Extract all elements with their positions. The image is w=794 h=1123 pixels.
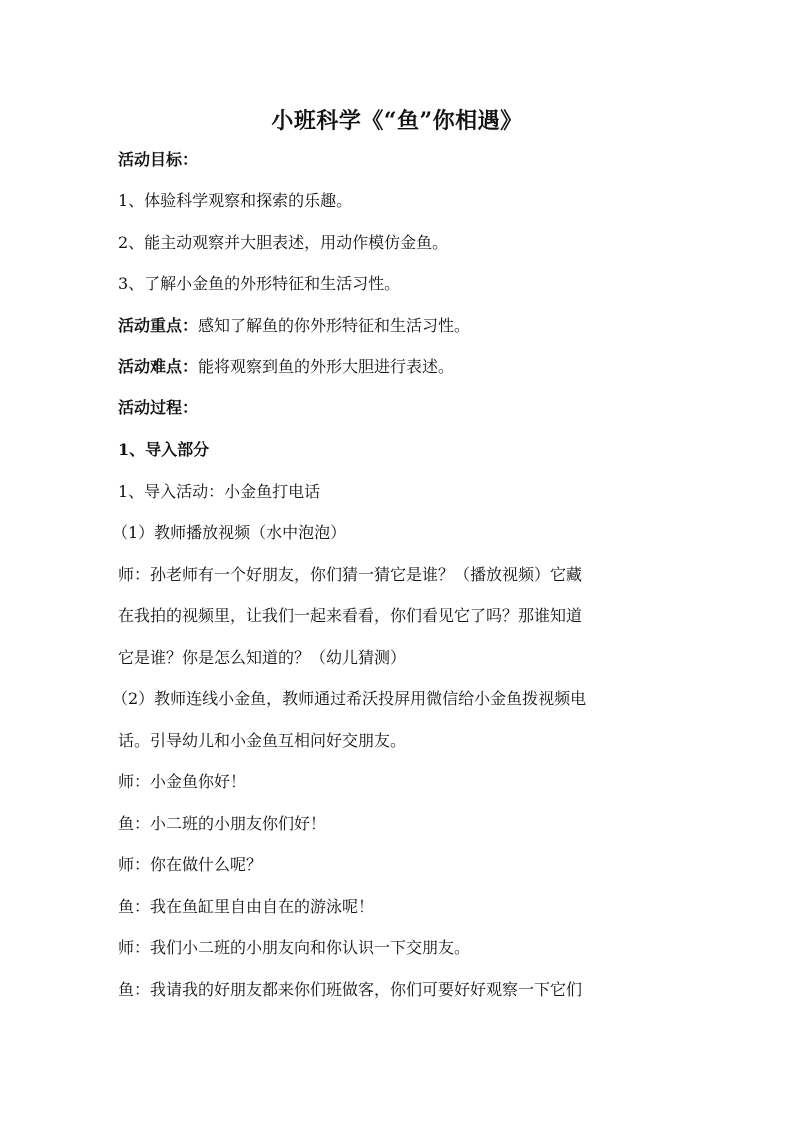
heading-process: 活动过程： bbox=[118, 398, 198, 418]
document-title: 小班科学《“鱼”你相遇》 bbox=[0, 104, 794, 135]
dialogue-line: 师：我们小二班的小朋友向和你认识一下交朋友。 bbox=[118, 938, 470, 958]
dialogue-line: 师：小金鱼你好！ bbox=[118, 772, 246, 792]
paragraph-line: 它是谁？你是怎么知道的？（幼儿猜测） bbox=[118, 648, 406, 668]
heading-label: 活动过程： bbox=[118, 398, 198, 417]
dialogue-line: 鱼：小二班的小朋友你们好！ bbox=[118, 814, 326, 834]
dialogue-line: 鱼：我在鱼缸里自由自在的游泳呢！ bbox=[118, 897, 374, 917]
heading-objectives: 活动目标： bbox=[118, 150, 198, 170]
heading-intro-section: 1、导入部分 bbox=[118, 440, 209, 460]
objective-2: 2、能主动观察并大胆表述，用动作模仿金鱼。 bbox=[118, 233, 448, 253]
objective-3: 3、了解小金鱼的外形特征和生活习性。 bbox=[118, 274, 400, 294]
dialogue-line: 鱼：我请我的好朋友都来你们班做客，你们可要好好观察一下它们 bbox=[118, 980, 582, 1000]
difficulty: 活动难点：能将观察到鱼的外形大胆进行表述。 bbox=[118, 357, 454, 377]
paragraph-line: （1）教师播放视频（水中泡泡） bbox=[112, 523, 346, 543]
difficulty-text: 能将观察到鱼的外形大胆进行表述。 bbox=[198, 357, 454, 376]
document-page: 小班科学《“鱼”你相遇》 活动目标： 1、体验科学观察和探索的乐趣。 2、能主动… bbox=[0, 0, 794, 1123]
paragraph-line: 师：孙老师有一个好朋友，你们猜一猜它是谁？（播放视频）它藏 bbox=[118, 565, 582, 585]
paragraph-line: 在我拍的视频里，让我们一起来看看，你们看见它了吗？那谁知道 bbox=[118, 606, 582, 626]
heading-label: 活动目标： bbox=[118, 150, 198, 169]
heading-label: 1、导入部分 bbox=[118, 440, 209, 459]
objective-1: 1、体验科学观察和探索的乐趣。 bbox=[118, 191, 352, 211]
key-point-text: 感知了解鱼的你外形特征和生活习性。 bbox=[198, 316, 470, 335]
paragraph-line: 话。引导幼儿和小金鱼互相问好交朋友。 bbox=[118, 731, 406, 751]
dialogue-line: 师：你在做什么呢？ bbox=[118, 855, 262, 875]
difficulty-label: 活动难点： bbox=[118, 357, 198, 376]
key-point-label: 活动重点： bbox=[118, 316, 198, 335]
key-point: 活动重点：感知了解鱼的你外形特征和生活习性。 bbox=[118, 316, 470, 336]
paragraph-line: 1、导入活动：小金鱼打电话 bbox=[118, 482, 320, 502]
paragraph-line: （2）教师连线小金鱼，教师通过希沃投屏用微信给小金鱼拨视频电 bbox=[112, 689, 586, 709]
